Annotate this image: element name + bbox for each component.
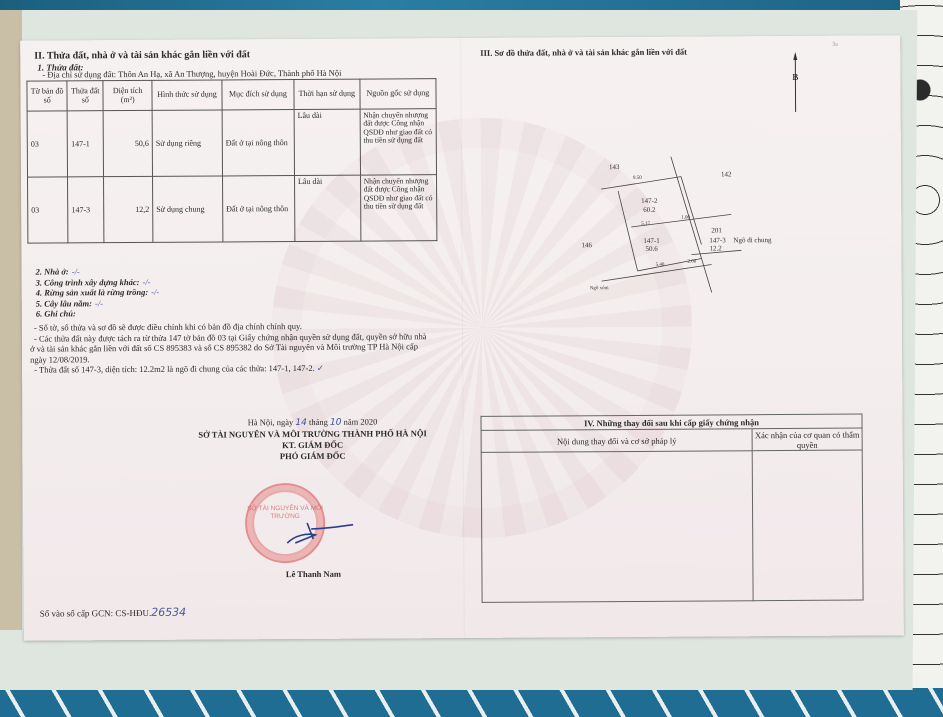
issue-day: 14 xyxy=(295,418,307,428)
registry-number: Số vào sổ cấp GCN: CS-HĐU.26534 xyxy=(40,606,187,620)
svg-text:60.2: 60.2 xyxy=(643,206,656,214)
notes: - Số tờ, số thửa và sơ đồ sẽ được điều c… xyxy=(30,320,430,375)
changes-table: IV. Những thay đổi sau khi cấp giấy chứn… xyxy=(480,414,863,603)
svg-text:12.2: 12.2 xyxy=(709,244,722,252)
col-purpose: Mục đích sử dụng xyxy=(222,80,294,110)
north-arrow-icon: B xyxy=(790,52,800,112)
cell-term: Lâu dài xyxy=(294,109,360,175)
svg-text:201: 201 xyxy=(711,226,722,234)
signer-role: PHÓ GIÁM ĐỐC xyxy=(153,450,473,463)
cell-origin: Nhận chuyển nhượng đất được Công nhận QS… xyxy=(360,109,437,175)
col-term: Thời hạn sử dụng xyxy=(294,79,360,109)
col-parcel: Thửa đất số xyxy=(67,81,103,111)
land-parcel-table: Tờ bản đồ số Thửa đất số Diện tích (m²) … xyxy=(26,78,437,244)
background-fabric-bottom xyxy=(0,688,943,717)
svg-text:2.00: 2.00 xyxy=(688,260,697,265)
land-use-certificate: II. Thửa đất, nhà ở và tài sản khác gắn … xyxy=(20,35,904,640)
col-origin: Nguồn gốc sử dụng xyxy=(360,79,437,109)
item-perennial-trees: 5. Cây lâu năm:-/- xyxy=(36,297,160,308)
signature-block: Hà Nội, ngày 14 tháng 10 năm 2020 SỞ TÀI… xyxy=(152,416,472,463)
col-area: Diện tích (m²) xyxy=(103,80,152,110)
col-change-content: Nội dung thay đổi và cơ sở pháp lý xyxy=(481,429,752,453)
address-value: Thôn An Hạ, xã An Thượng, huyện Hoài Đức… xyxy=(118,68,341,79)
change-content-cell xyxy=(481,451,753,603)
cell-origin: Nhận chuyển nhượng đất được Công nhận QS… xyxy=(360,175,437,241)
confirmation-cell xyxy=(752,450,863,601)
svg-text:5.17: 5.17 xyxy=(641,222,650,227)
svg-text:50.6: 50.6 xyxy=(645,245,658,253)
svg-text:142: 142 xyxy=(721,170,732,178)
svg-text:5.40: 5.40 xyxy=(656,263,665,268)
signature-icon xyxy=(285,517,355,549)
svg-text:9.50: 9.50 xyxy=(633,176,642,181)
notes-title: 6. Ghi chú: xyxy=(36,308,160,319)
cell-map-sheet: 03 xyxy=(28,177,69,243)
corner-mark: 3a xyxy=(832,42,838,48)
cell-area: 50,6 xyxy=(103,110,152,176)
item-other-construction: 3. Công trình xây dựng khác:-/- xyxy=(36,276,160,287)
cell-term: Lâu dài xyxy=(294,175,360,241)
signer-name: Lê Thanh Nam xyxy=(153,568,473,580)
cell-form: Sử dụng chung xyxy=(153,176,223,242)
cell-area: 12,2 xyxy=(104,176,153,242)
section-3-title: III. Sơ đồ thửa đất, nhà ở và tài sản kh… xyxy=(480,47,687,58)
svg-text:B: B xyxy=(792,72,798,82)
cell-parcel: 147-3 xyxy=(68,177,104,243)
cell-map-sheet: 03 xyxy=(27,111,68,177)
checkmark-icon: ✓ xyxy=(317,363,324,373)
parcel-plan-diagram: 143 142 146 201 147-2 60.2 147-1 50.6 14… xyxy=(581,154,802,295)
col-form: Hình thức sử dụng xyxy=(152,80,222,110)
item-planted-forest: 4. Rừng sản xuất là rừng trồng:-/- xyxy=(36,287,160,298)
svg-text:147-2: 147-2 xyxy=(641,197,658,205)
svg-text:Ngõ xóm: Ngõ xóm xyxy=(590,286,609,291)
cell-purpose: Đất ở tại nông thôn xyxy=(222,176,294,242)
svg-text:147-3: 147-3 xyxy=(709,236,726,244)
cell-form: Sử dụng riêng xyxy=(152,110,222,176)
svg-text:1.00: 1.00 xyxy=(681,216,690,221)
svg-text:143: 143 xyxy=(609,163,620,171)
svg-text:Ngõ đi chung: Ngõ đi chung xyxy=(733,236,772,244)
address-label: - Địa chỉ sử dụng đất: xyxy=(42,69,116,79)
table-row: 03 147-3 12,2 Sử dụng chung Đất ở tại nô… xyxy=(28,175,437,243)
cell-parcel: 147-1 xyxy=(67,111,103,177)
table-header-row: Tờ bản đồ số Thửa đất số Diện tích (m²) … xyxy=(27,79,436,111)
svg-text:146: 146 xyxy=(581,241,592,249)
land-address: - Địa chỉ sử dụng đất: Thôn An Hạ, xã An… xyxy=(42,68,341,80)
folder-edge xyxy=(0,10,22,630)
col-map-sheet: Tờ bản đồ số xyxy=(27,81,67,111)
note-item: - Các thửa đất này được tách ra từ thửa … xyxy=(30,331,430,365)
col-authority-confirmation: Xác nhận của cơ quan có thẩm quyền xyxy=(752,428,862,451)
section-2-title: II. Thửa đất, nhà ở và tài sản khác gắn … xyxy=(34,49,250,61)
asset-items: 2. Nhà ở:-/- 3. Công trình xây dựng khác… xyxy=(36,266,160,319)
item-house: 2. Nhà ở:-/- xyxy=(36,266,160,277)
cell-purpose: Đất ở tại nông thôn xyxy=(222,110,294,176)
table-row: 03 147-1 50,6 Sử dụng riêng Đất ở tại nô… xyxy=(27,109,436,177)
svg-text:147-1: 147-1 xyxy=(643,237,660,245)
issue-month: 10 xyxy=(330,418,342,428)
